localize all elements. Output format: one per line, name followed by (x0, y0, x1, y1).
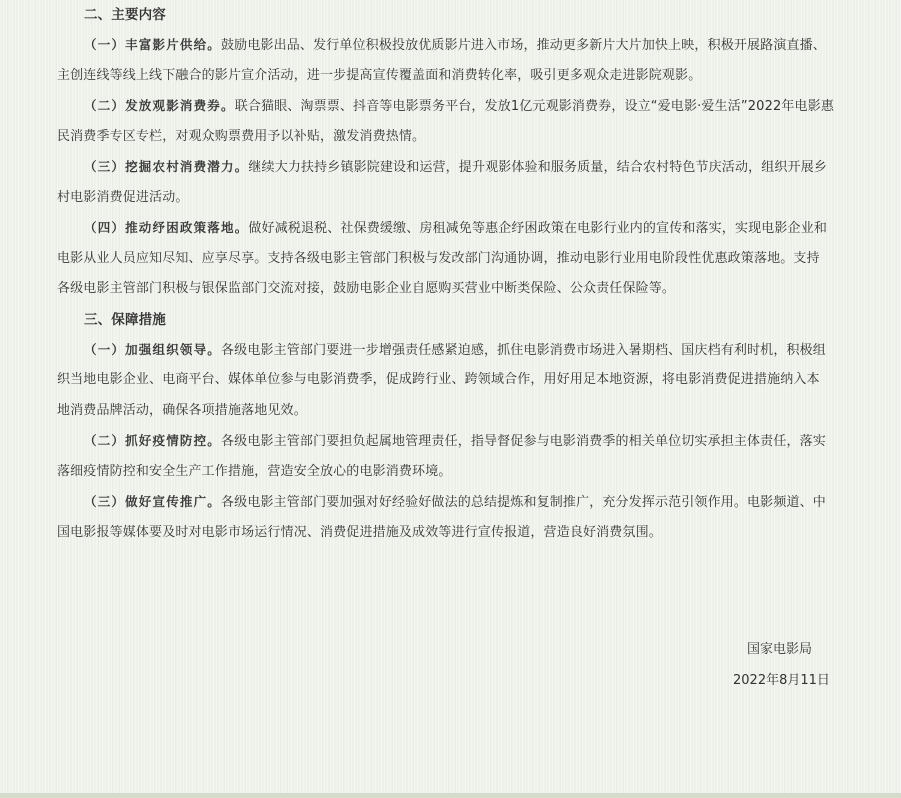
paragraph-lead: （一）丰富影片供给。 (84, 37, 221, 52)
signature-date: 2022年8月11日 (733, 671, 830, 691)
paragraph-text: 民消费季专区专栏，对观众购票费用予以补贴，激发消费热情。 (57, 122, 847, 153)
paragraph-issue-vouchers: （二）发放观影消费券。联合猫眼、淘票票、抖音等电影票务平台，发放1亿元观影消费券… (57, 91, 847, 152)
section-heading-safeguards: 三、保障措施 (57, 305, 847, 335)
signature-organization: 国家电影局 (747, 640, 812, 660)
paragraph-enrich-film-supply: （一）丰富影片供给。鼓励电影出品、发行单位积极投放优质影片进入市场，推动更多新片… (57, 30, 847, 91)
paragraph-text: 各级电影主管部门要担负起属地管理责任，指导督促参与电影消费季的相关单位切实承担主… (221, 434, 826, 449)
paragraph-text: 继续大力扶持乡镇影院建设和运营，提升观影体验和服务质量，结合农村特色节庆活动，组… (248, 160, 827, 175)
paragraph-text: 电影从业人员应知尽知、应享尽享。支持各级电影主管部门积极与发改部门沟通协调，推动… (57, 244, 847, 275)
paragraph-text: 国电影报等媒体要及时对电影市场运行情况、消费促进措施及成效等进行宣传报道，营造良… (57, 518, 847, 549)
paragraph-lead: （二）发放观影消费券。 (84, 98, 235, 113)
paragraph-relief-policies: （四）推动纾困政策落地。做好减税退税、社保费缓缴、房租减免等惠企纾困政策在电影行… (57, 213, 847, 305)
paragraph-text: 各级电影主管部门积极与银保监部门交流对接，鼓励电影企业自愿购买营业中断类保险、公… (57, 274, 847, 305)
paragraph-text: 落细疫情防控和安全生产工作措施，营造安全放心的电影消费环境。 (57, 457, 847, 488)
section-heading-main-content: 二、主要内容 (57, 0, 847, 30)
paragraph-lead: （二）抓好疫情防控。 (84, 433, 221, 448)
paragraph-text: 村电影消费促进活动。 (57, 183, 847, 214)
paragraph-lead: （三）做好宣传推广。 (84, 494, 221, 509)
paragraph-epidemic-control: （二）抓好疫情防控。各级电影主管部门要担负起属地管理责任，指导督促参与电影消费季… (57, 426, 847, 487)
paragraph-text: 主创连线等线上线下融合的影片宣介活动，进一步提高宣传覆盖面和消费转化率，吸引更多… (57, 61, 847, 92)
paragraph-publicity: （三）做好宣传推广。各级电影主管部门要加强对好经验好做法的总结提炼和复制推广，充… (57, 487, 847, 548)
document-page: 二、主要内容 （一）丰富影片供给。鼓励电影出品、发行单位积极投放优质影片进入市场… (0, 0, 901, 793)
paragraph-text: 做好减税退税、社保费缓缴、房租减免等惠企纾困政策在电影行业内的宣传和落实，实现电… (248, 221, 827, 236)
paragraph-text: 织当地电影企业、电商平台、媒体单位参与电影消费季，促成跨行业、跨领域合作，用好用… (57, 365, 847, 396)
page-bottom-border (0, 793, 901, 798)
paragraph-text: 地消费品牌活动，确保各项措施落地见效。 (57, 396, 847, 427)
paragraph-text: 各级电影主管部门要加强对好经验好做法的总结提炼和复制推广，充分发挥示范引领作用。… (221, 495, 826, 510)
paragraph-lead: （四）推动纾困政策落地。 (84, 220, 248, 235)
paragraph-text: 鼓励电影出品、发行单位积极投放优质影片进入市场，推动更多新片大片加快上映，积极开… (221, 38, 826, 53)
article-body: 二、主要内容 （一）丰富影片供给。鼓励电影出品、发行单位积极投放优质影片进入市场… (57, 0, 847, 548)
paragraph-lead: （一）加强组织领导。 (84, 342, 221, 357)
paragraph-rural-consumption: （三）挖掘农村消费潜力。继续大力扶持乡镇影院建设和运营，提升观影体验和服务质量，… (57, 152, 847, 213)
paragraph-strengthen-leadership: （一）加强组织领导。各级电影主管部门要进一步增强责任感紧迫感，抓住电影消费市场进… (57, 335, 847, 427)
paragraph-lead: （三）挖掘农村消费潜力。 (84, 159, 248, 174)
paragraph-text: 联合猫眼、淘票票、抖音等电影票务平台，发放1亿元观影消费券，设立“爱电影·爱生活… (235, 99, 834, 114)
paragraph-text: 各级电影主管部门要进一步增强责任感紧迫感，抓住电影消费市场进入暑期档、国庆档有利… (221, 343, 826, 358)
